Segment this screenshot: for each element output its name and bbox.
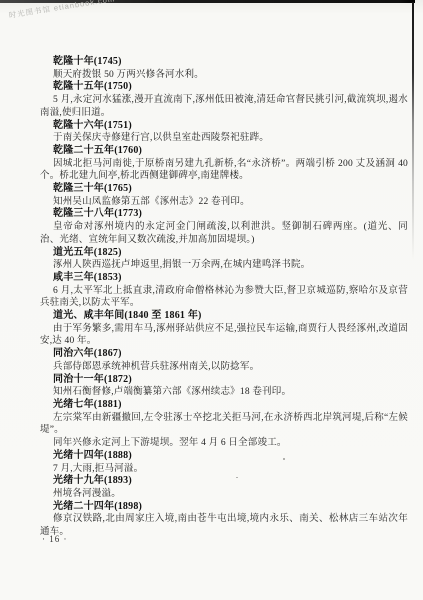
chronicle-entry: 乾隆十五年(1750) 5 月,永定河水猛涨,漫开直流南下,涿州低田被淹,清廷命…	[40, 81, 408, 119]
chronicle-entry: 咸丰三年(1853) 6 月,太平军北上抵直隶,清政府命僧格林沁为参赞大臣,督卫…	[40, 272, 408, 310]
entry-paragraph: 皇帝命对涿州境内的永定河金门闸疏浚,以利泄洪。竖御制石碑两座。(道光、同治、光绪…	[40, 221, 408, 246]
entry-heading: 光绪七年(1881)	[40, 399, 408, 412]
entry-paragraph: 知州石衡督修,卢端衡纂第六部《涿州续志》18 卷刊印。	[40, 386, 408, 399]
entry-paragraph: 顺天府拨银 50 万两兴修各河水利。	[40, 69, 408, 82]
chronicle-text-block: 乾隆十年(1745) 顺天府拨银 50 万两兴修各河水利。 乾隆十五年(1750…	[40, 56, 408, 539]
entry-paragraph: 因城北拒马河南徙,于原桥南另建九孔新桥,名“永济桥”。两端引桥 200 丈及涵洞…	[40, 158, 408, 183]
entry-paragraph: 5 月,永定河水猛涨,漫开直流南下,涿州低田被淹,清廷命官督民挑引河,截流筑坝,…	[40, 94, 408, 119]
chronicle-entry: 道光五年(1825) 涿州人陕西巡抚卢坤返里,捐银一万余两,在城内建鸣泽书院。	[40, 247, 408, 272]
chronicle-entry: 光绪十九年(1893) 州境各河漫溢。	[40, 475, 408, 500]
entry-heading: 乾隆十五年(1750)	[40, 81, 408, 94]
entry-heading: 道光五年(1825)	[40, 247, 408, 260]
entry-paragraph: 知州吴山凤监修第五部《涿州志》22 卷刊印。	[40, 196, 408, 209]
scan-right-edge-artifact	[412, 2, 414, 260]
chronicle-entry: 乾隆三十八年(1773) 皇帝命对涿州境内的永定河金门闸疏浚,以利泄洪。竖御制石…	[40, 208, 408, 246]
entry-paragraph: 6 月,太平军北上抵直隶,清政府命僧格林沁为参赞大臣,督卫京城巡防,察哈尔及京营…	[40, 285, 408, 310]
entry-paragraph: 7 月,大雨,拒马河溢。	[40, 463, 408, 476]
chronicle-entry: 光绪七年(1881) 左宗棠军由新疆撤回,左令驻涿士卒挖北关拒马河,在永济桥西北…	[40, 399, 408, 450]
entry-paragraph: 于南关保庆寺修建行宫,以供皇室赴西陵祭祀驻跸。	[40, 132, 408, 145]
entry-paragraph: 修京汉铁路,北由周家庄入境,南由苍牛屯出境,境内永乐、南关、松林店三车站次年通车…	[40, 513, 408, 538]
entry-heading: 咸丰三年(1853)	[40, 272, 408, 285]
entry-heading: 乾隆十年(1745)	[40, 56, 408, 69]
entry-paragraph: 左宗棠军由新疆撤回,左令驻涿士卒挖北关拒马河,在永济桥西北岸筑河堤,后称“左候堤…	[40, 412, 408, 437]
chronicle-entry: 乾隆二十五年(1760) 因城北拒马河南徙,于原桥南另建九孔新桥,名“永济桥”。…	[40, 145, 408, 183]
entry-heading: 道光、咸丰年间(1840 至 1861 年)	[40, 310, 408, 323]
chronicle-entry: 光绪二十四年(1898) 修京汉铁路,北由周家庄入境,南由苍牛屯出境,境内永乐、…	[40, 501, 408, 539]
page-number: · 16 ·	[42, 534, 68, 544]
entry-paragraph: 兵部侍郎恩承统神机营兵驻涿州南关,以防捻军。	[40, 361, 408, 374]
entry-heading: 乾隆三十八年(1773)	[40, 208, 408, 221]
entry-heading: 乾隆二十五年(1760)	[40, 145, 408, 158]
entry-heading: 光绪二十四年(1898)	[40, 501, 408, 514]
chronicle-entry: 乾隆十年(1745) 顺天府拨银 50 万两兴修各河水利。	[40, 56, 408, 81]
entry-heading: 乾隆十六年(1751)	[40, 120, 408, 133]
chronicle-entry: 同治十一年(1872) 知州石衡督修,卢端衡纂第六部《涿州续志》18 卷刊印。	[40, 374, 408, 399]
entry-heading: 同治十一年(1872)	[40, 374, 408, 387]
scanned-page: 时光图书馆 etianbook.com 乾隆十年(1745) 顺天府拨银 50 …	[0, 0, 423, 600]
entry-heading: 光绪十九年(1893)	[40, 475, 408, 488]
entry-paragraph: 州境各河漫溢。	[40, 488, 408, 501]
entry-paragraph: 同年兴修永定河上下游堤坝。翌年 4 月 6 日全部竣工。	[40, 437, 408, 450]
chronicle-entry: 同治六年(1867) 兵部侍郎恩承统神机营兵驻涿州南关,以防捻军。	[40, 348, 408, 373]
watermark-text: 时光图书馆 etianbook.com	[8, 0, 116, 21]
entry-heading: 光绪十四年(1888)	[40, 450, 408, 463]
entry-heading: 乾隆三十年(1765)	[40, 183, 408, 196]
chronicle-entry: 光绪十四年(1888) 7 月,大雨,拒马河溢。	[40, 450, 408, 475]
chronicle-entry: 乾隆三十年(1765) 知州吴山凤监修第五部《涿州志》22 卷刊印。	[40, 183, 408, 208]
entry-paragraph: 涿州人陕西巡抚卢坤返里,捐银一万余两,在城内建鸣泽书院。	[40, 259, 408, 272]
entry-paragraph: 由于军务繁多,需用车马,涿州驿站供应不足,强拉民车运输,商贾行人畏经涿州,改道固…	[40, 323, 408, 348]
entry-heading: 同治六年(1867)	[40, 348, 408, 361]
chronicle-entry: 道光、咸丰年间(1840 至 1861 年) 由于军务繁多,需用车马,涿州驿站供…	[40, 310, 408, 348]
chronicle-entry: 乾隆十六年(1751) 于南关保庆寺修建行宫,以供皇室赴西陵祭祀驻跸。	[40, 120, 408, 145]
